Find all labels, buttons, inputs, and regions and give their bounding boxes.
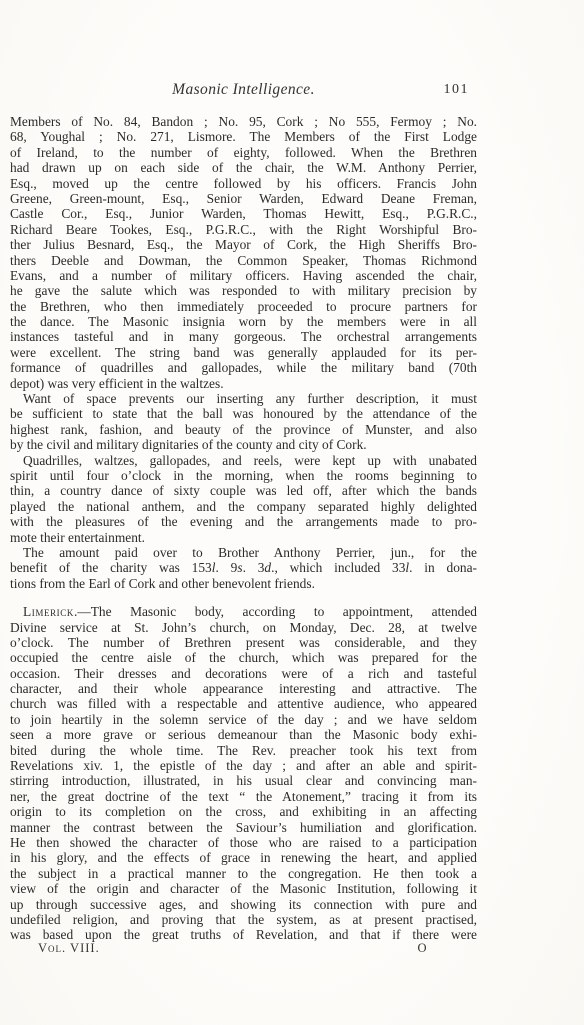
- text-line: had drawn up on each side of the chair, …: [10, 160, 477, 175]
- text-line: origin to its completion on the cross, a…: [10, 804, 477, 819]
- text-line: the dance. The Masonic insignia worn by …: [10, 314, 477, 329]
- text-segment: . 3: [243, 560, 265, 575]
- text-line: the subject in a practical manner to the…: [10, 866, 477, 881]
- text-line: thers Deeble and Dowman, the Common Spea…: [10, 253, 477, 268]
- text-line: highest rank, fashion, and beauty of the…: [10, 422, 477, 437]
- text-line: mote their entertainment.: [10, 530, 477, 545]
- text-line: by the civil and military dignitaries of…: [10, 437, 477, 452]
- text-line: stirring introduction, illustrated, in h…: [10, 773, 477, 788]
- text-line: Revelations xiv. 1, the epistle of the d…: [10, 758, 477, 773]
- text-line: view of the origin and character of the …: [10, 881, 477, 896]
- text-line: undefiled religion, and proving that the…: [10, 912, 477, 927]
- text-line: spirit until four o’clock in the morning…: [10, 468, 477, 483]
- text-line: manner the contrast between the Saviour’…: [10, 820, 477, 835]
- text-line: o’clock. The number of Brethren present …: [10, 635, 477, 650]
- text-line: depot) was very efficient in the waltzes…: [10, 376, 477, 391]
- text-line: be sufficient to state that the ball was…: [10, 406, 477, 421]
- text-line: to join heartily in the solemn service o…: [10, 712, 477, 727]
- text-segment: Limerick: [23, 604, 74, 619]
- text-line: tions from the Earl of Cork and other be…: [10, 576, 477, 591]
- text-line: character, and their whole appearance in…: [10, 681, 477, 696]
- text-line: thin, a country dance of sixty couple wa…: [10, 483, 477, 498]
- paragraph: Members of No. 84, Bandon ; No. 95, Cork…: [10, 114, 477, 391]
- text-line: church was filled with a respectable and…: [10, 696, 477, 711]
- text-line: played the national anthem, and the comp…: [10, 499, 477, 514]
- text-line: occasion. Their dresses and decorations …: [10, 666, 477, 681]
- text-line: the Brethren, who then immediately proce…: [10, 299, 477, 314]
- text-line: The amount paid over to Brother Anthony …: [10, 545, 477, 560]
- signature-mark: O: [412, 941, 432, 956]
- text-line: Evans, and a number of military officers…: [10, 268, 477, 283]
- text-line: benefit of the charity was 153l. 9s. 3d.…: [10, 560, 477, 575]
- page-header: Masonic Intelligence. 101: [10, 81, 477, 99]
- text-line: seen a more grave or serious demeanour t…: [10, 727, 477, 742]
- text-line: Esq., moved up the centre followed by hi…: [10, 176, 477, 191]
- text-line: Richard Beare Tookes, Esq., P.G.R.C., wi…: [10, 222, 477, 237]
- text-line: instances tasteful and in many gorgeous.…: [10, 329, 477, 344]
- text-line: Limerick.—The Masonic body, according to…: [10, 604, 477, 619]
- article-text: Members of No. 84, Bandon ; No. 95, Cork…: [10, 114, 477, 943]
- text-segment: . in dona-: [409, 560, 477, 575]
- text-line: were excellent. The string band was gene…: [10, 345, 477, 360]
- text-line: occupied the centre aisle of the church,…: [10, 650, 477, 665]
- text-line: Want of space prevents our inserting any…: [10, 391, 477, 406]
- paragraph: Want of space prevents our inserting any…: [10, 391, 477, 453]
- paragraph: Quadrilles, waltzes, gallopades, and ree…: [10, 453, 477, 545]
- text-line: formance of quadrilles and gallopades, w…: [10, 360, 477, 375]
- text-segment: benefit of the charity was 153: [10, 560, 212, 575]
- text-line: 68, Youghal ; No. 271, Lismore. The Memb…: [10, 129, 477, 144]
- paragraph: The amount paid over to Brother Anthony …: [10, 545, 477, 591]
- text-line: He then showed the character of those wh…: [10, 835, 477, 850]
- text-line: Members of No. 84, Bandon ; No. 95, Cork…: [10, 114, 477, 129]
- text-segment: ., which included 33: [271, 560, 405, 575]
- text-line: Castle Cor., Esq., Junior Warden, Thomas…: [10, 206, 477, 221]
- text-line: Quadrilles, waltzes, gallopades, and ree…: [10, 453, 477, 468]
- text-line: ther Julius Besnard, Esq., the Mayor of …: [10, 237, 477, 252]
- paragraph: Limerick.—The Masonic body, according to…: [10, 604, 477, 943]
- book-page: Masonic Intelligence. 101 Members of No.…: [0, 0, 584, 1025]
- text-line: of Ireland, to the number of eighty, fol…: [10, 145, 477, 160]
- running-title: Masonic Intelligence.: [172, 81, 315, 99]
- text-line: ner, the great doctrine of the text “ th…: [10, 789, 477, 804]
- volume-label: Vol. VIII.: [38, 941, 100, 956]
- text-line: he gave the salute which was responded t…: [10, 283, 477, 298]
- page-number: 101: [444, 82, 470, 98]
- page-footer: Vol. VIII. O: [10, 941, 477, 957]
- text-line: bited during the whole time. The Rev. pr…: [10, 743, 477, 758]
- text-line: Divine service at St. John’s church, on …: [10, 620, 477, 635]
- text-segment: .—The Masonic body, according to appoint…: [74, 604, 477, 619]
- text-line: up through successive ages, and showing …: [10, 897, 477, 912]
- text-line: Greene, Green-mount, Esq., Senior Warden…: [10, 191, 477, 206]
- text-line: in his glory, and the effects of grace i…: [10, 850, 477, 865]
- text-segment: . 9: [216, 560, 238, 575]
- text-line: with the pleasures of the evening and th…: [10, 514, 477, 529]
